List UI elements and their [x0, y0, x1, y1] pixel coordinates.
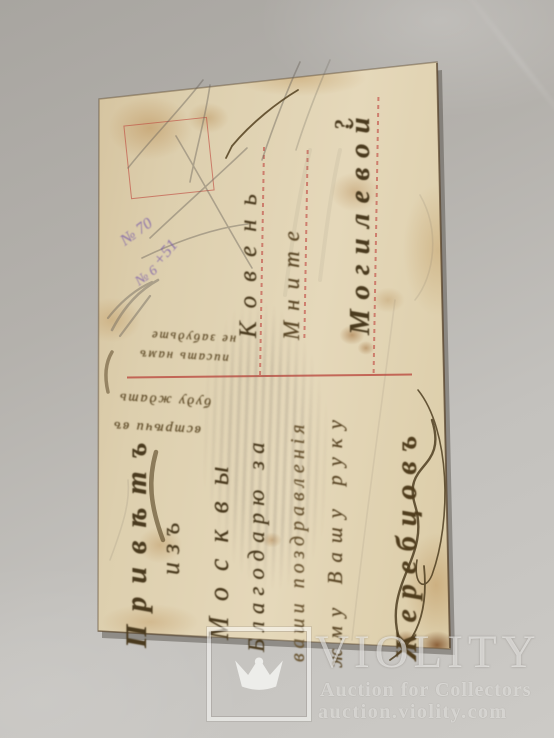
handwriting-message-line-1: Привѣтъ [122, 429, 152, 648]
watermark-crown-frame [207, 627, 311, 721]
watermark-brand-text: VIOLITY [315, 625, 541, 679]
handwriting-message-line-3: Москвы [206, 450, 234, 640]
handwriting-address-line-2: Мните [280, 221, 303, 340]
handwriting-address-line-3: Могилевой [346, 107, 375, 335]
handwriting-message-line-4: Благодарю за [245, 435, 268, 652]
watermark-tagline: Auction for Collectors [320, 679, 532, 702]
watermark-website: auction.violity.com [318, 701, 508, 724]
handwriting-address-line-1: Ковень [236, 180, 261, 338]
photo-of-postcard: Привѣтъ изъ Москвы Благодарю за ваши поз… [0, 0, 554, 738]
handwriting-message-line-5: ваши поздравленія [288, 419, 308, 662]
handwriting-message-line-2: изъ [158, 515, 184, 575]
handwriting-question-mark: ? [332, 120, 353, 131]
crown-icon [231, 653, 287, 695]
